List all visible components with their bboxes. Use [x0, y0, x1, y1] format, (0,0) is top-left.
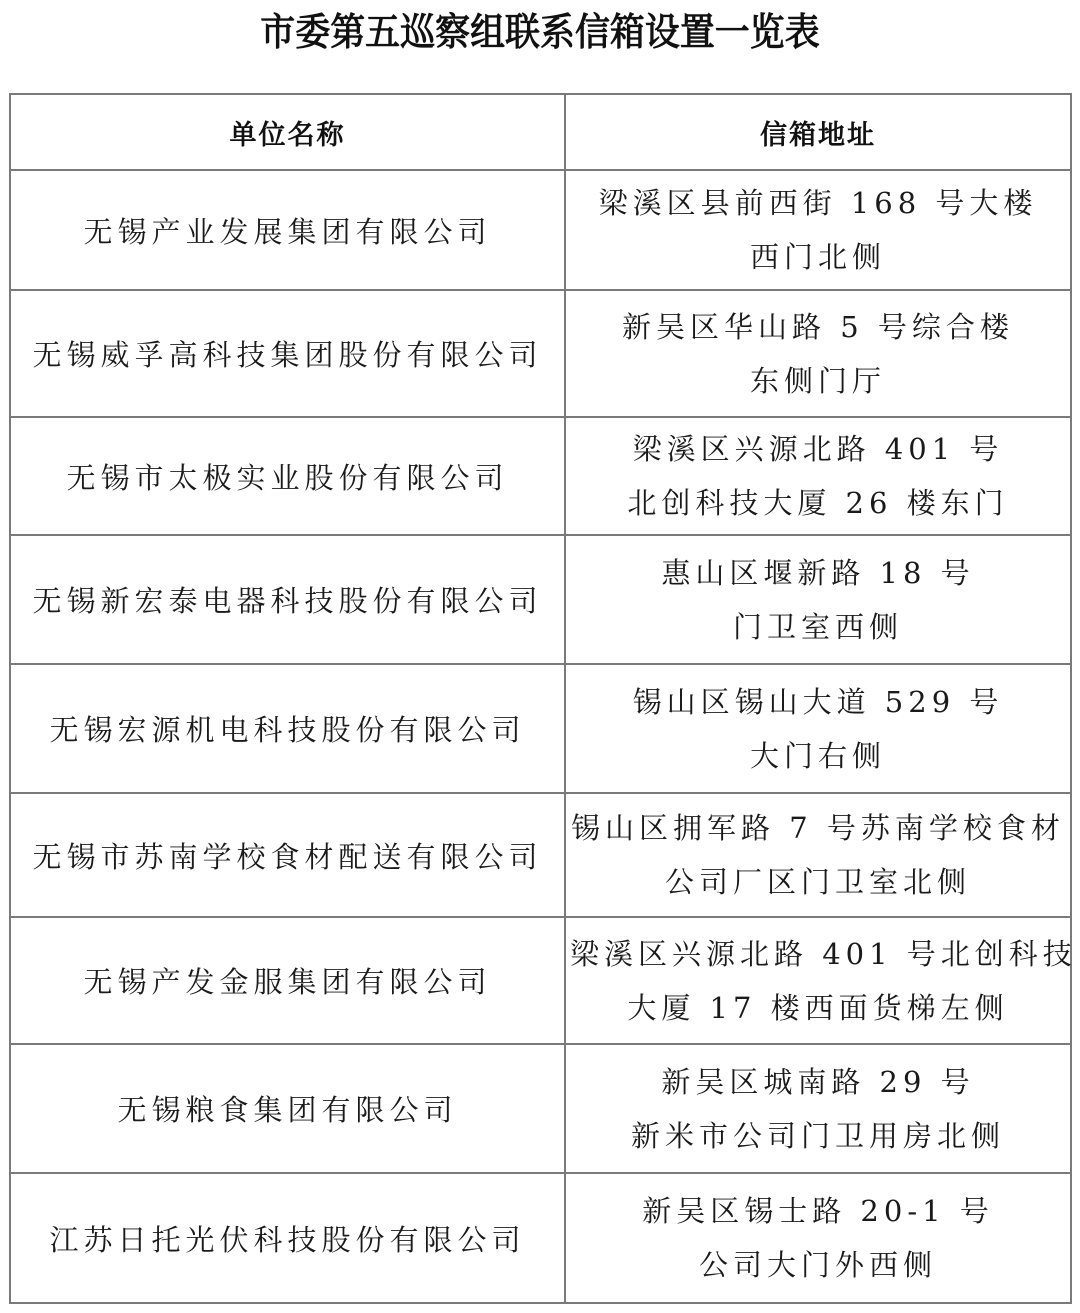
table-row: 无锡市苏南学校食材配送有限公司 锡山区拥军路 7 号苏南学校食材 公司厂区门卫室…: [10, 793, 1071, 917]
address-line: 惠山区堰新路 18 号: [570, 546, 1066, 600]
address-line: 梁溪区兴源北路 401 号: [570, 422, 1066, 476]
address-line: 北创科技大厦 26 楼东门: [570, 476, 1066, 530]
address-line: 大厦 17 楼西面货梯左侧: [570, 981, 1066, 1035]
mailbox-address-cell: 新吴区华山路 5 号综合楼 东侧门厅: [565, 290, 1071, 417]
table-row: 无锡粮食集团有限公司 新吴区城南路 29 号 新米市公司门卫用房北侧: [10, 1044, 1071, 1173]
table-header-row: 单位名称 信箱地址: [10, 94, 1071, 170]
address-line: 新吴区城南路 29 号: [570, 1055, 1066, 1109]
address-line: 梁溪区兴源北路 401 号北创科技: [570, 927, 1066, 981]
unit-name-cell: 江苏日托光伏科技股份有限公司: [10, 1173, 565, 1303]
mailbox-address-cell: 梁溪区县前西街 168 号大楼 西门北侧: [565, 170, 1071, 290]
address-line: 锡山区锡山大道 529 号: [570, 675, 1066, 729]
mailbox-address-cell: 梁溪区兴源北路 401 号 北创科技大厦 26 楼东门: [565, 417, 1071, 535]
unit-name-cell: 无锡宏源机电科技股份有限公司: [10, 664, 565, 793]
table-row: 无锡产业发展集团有限公司 梁溪区县前西街 168 号大楼 西门北侧: [10, 170, 1071, 290]
table-row: 无锡宏源机电科技股份有限公司 锡山区锡山大道 529 号 大门右侧: [10, 664, 1071, 793]
mailbox-address-cell: 锡山区拥军路 7 号苏南学校食材 公司厂区门卫室北侧: [565, 793, 1071, 917]
unit-name-cell: 无锡市苏南学校食材配送有限公司: [10, 793, 565, 917]
address-line: 锡山区拥军路 7 号苏南学校食材: [570, 801, 1066, 855]
address-line: 梁溪区县前西街 168 号大楼: [570, 176, 1066, 230]
address-line: 公司厂区门卫室北侧: [570, 855, 1066, 909]
address-line: 新米市公司门卫用房北侧: [570, 1109, 1066, 1163]
mailbox-address-cell: 锡山区锡山大道 529 号 大门右侧: [565, 664, 1071, 793]
table-row: 江苏日托光伏科技股份有限公司 新吴区锡士路 20-1 号 公司大门外西侧: [10, 1173, 1071, 1303]
table-row: 无锡市太极实业股份有限公司 梁溪区兴源北路 401 号 北创科技大厦 26 楼东…: [10, 417, 1071, 535]
header-unit-name: 单位名称: [10, 94, 565, 170]
table-row: 无锡产发金服集团有限公司 梁溪区兴源北路 401 号北创科技 大厦 17 楼西面…: [10, 917, 1071, 1044]
address-line: 西门北侧: [570, 230, 1066, 284]
header-mailbox-address: 信箱地址: [565, 94, 1071, 170]
address-line: 新吴区华山路 5 号综合楼: [570, 300, 1066, 354]
mailbox-address-cell: 梁溪区兴源北路 401 号北创科技 大厦 17 楼西面货梯左侧: [565, 917, 1071, 1044]
unit-name-cell: 无锡产业发展集团有限公司: [10, 170, 565, 290]
unit-name-cell: 无锡粮食集团有限公司: [10, 1044, 565, 1173]
mailbox-table: 单位名称 信箱地址 无锡产业发展集团有限公司 梁溪区县前西街 168 号大楼 西…: [9, 93, 1072, 1304]
address-line: 公司大门外西侧: [570, 1238, 1066, 1292]
address-line: 大门右侧: [570, 729, 1066, 783]
unit-name-cell: 无锡威孚高科技集团股份有限公司: [10, 290, 565, 417]
unit-name-cell: 无锡市太极实业股份有限公司: [10, 417, 565, 535]
mailbox-address-cell: 新吴区锡士路 20-1 号 公司大门外西侧: [565, 1173, 1071, 1303]
address-line: 东侧门厅: [570, 354, 1066, 408]
mailbox-address-cell: 新吴区城南路 29 号 新米市公司门卫用房北侧: [565, 1044, 1071, 1173]
unit-name-cell: 无锡新宏泰电器科技股份有限公司: [10, 535, 565, 664]
address-line: 门卫室西侧: [570, 600, 1066, 654]
address-line: 新吴区锡士路 20-1 号: [570, 1184, 1066, 1238]
table-row: 无锡威孚高科技集团股份有限公司 新吴区华山路 5 号综合楼 东侧门厅: [10, 290, 1071, 417]
table-body: 无锡产业发展集团有限公司 梁溪区县前西街 168 号大楼 西门北侧 无锡威孚高科…: [10, 170, 1071, 1303]
unit-name-cell: 无锡产发金服集团有限公司: [10, 917, 565, 1044]
document-title: 市委第五巡察组联系信箱设置一览表: [43, 8, 1037, 56]
mailbox-address-cell: 惠山区堰新路 18 号 门卫室西侧: [565, 535, 1071, 664]
table-row: 无锡新宏泰电器科技股份有限公司 惠山区堰新路 18 号 门卫室西侧: [10, 535, 1071, 664]
